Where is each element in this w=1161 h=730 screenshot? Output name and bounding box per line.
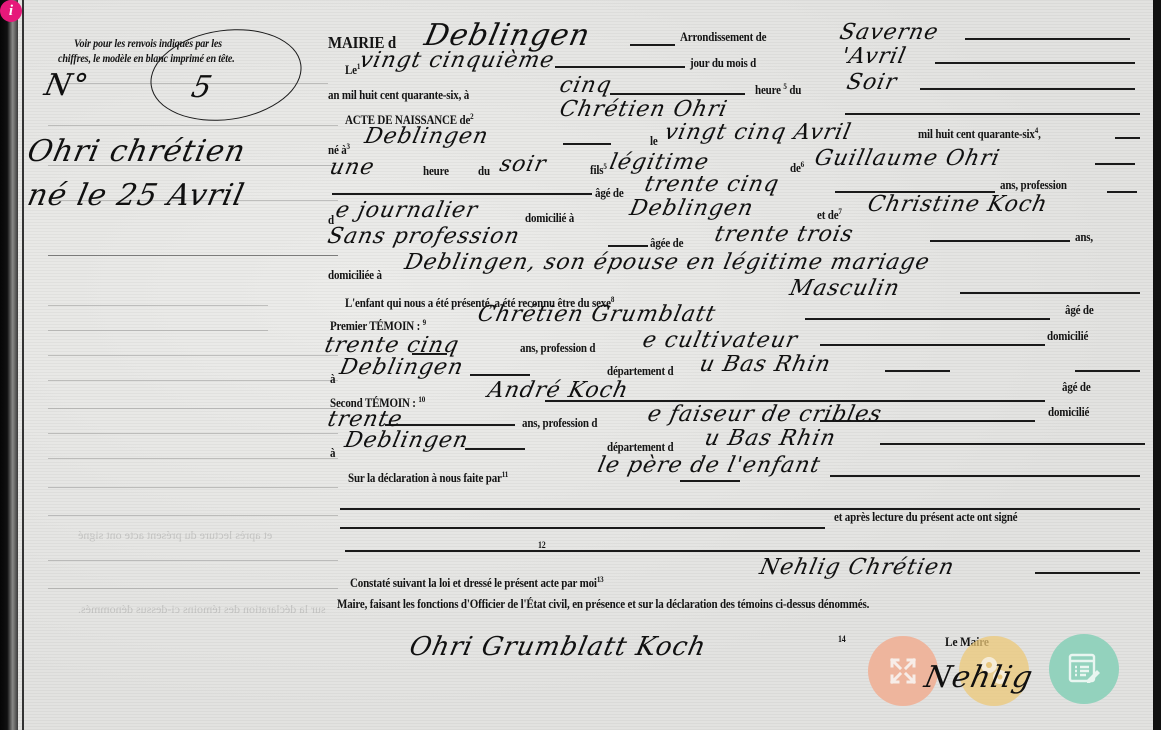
domiciliee-label: domiciliée à	[328, 268, 382, 283]
mother-domicile: Deblingen, son épouse en légitime mariag…	[402, 250, 932, 275]
ans-label: ans,	[1075, 230, 1093, 245]
de-label: de6	[790, 160, 804, 176]
list-edit-icon	[1065, 650, 1103, 688]
maire-name: Nehlig Chrétien	[757, 555, 957, 580]
day-value: vingt cinquième	[357, 48, 557, 73]
footnote-12: 12	[538, 540, 546, 550]
declarant: le père de l'enfant	[595, 453, 823, 478]
arrondissement-label: Arrondissement de	[680, 30, 766, 45]
margin-birth-annotation: né le 25 Avril	[24, 178, 248, 213]
ruled-line	[48, 380, 338, 381]
heure-label: heure 5 du	[755, 82, 801, 98]
mother-profession: Sans profession	[325, 224, 522, 249]
birth-hour: une	[327, 155, 377, 180]
ruled-line	[48, 458, 338, 459]
ruled-line	[48, 433, 338, 434]
temoin1-label: Premier TÉMOIN : 9	[330, 318, 426, 334]
fill-line	[608, 245, 648, 247]
temoin1-ans-label: ans, profession d	[520, 341, 595, 356]
ruled-line	[48, 330, 268, 331]
fill-line	[680, 480, 740, 482]
fill-line	[805, 318, 1050, 320]
jour-label: jour du mois d	[690, 56, 756, 71]
father-name: Guillaume Ohri	[812, 146, 1002, 171]
ruled-line	[48, 125, 338, 126]
father-domicile: Deblingen	[627, 196, 756, 221]
fill-line	[340, 527, 825, 529]
fill-line	[332, 193, 592, 195]
temoin1-dept: u Bas Rhin	[697, 352, 833, 377]
ruled-line	[48, 515, 338, 516]
maire-functions-line: Maire, faisant les fonctions d'Officier …	[337, 597, 869, 612]
witness-signatures: Ohri Grumblatt Koch	[407, 632, 709, 662]
margin-border	[22, 0, 24, 730]
fill-line	[340, 508, 1140, 510]
fill-line	[1035, 572, 1140, 574]
fill-line	[563, 143, 611, 145]
margin-note-line1: Voir pour les renvois indiqués par les	[74, 38, 222, 50]
domicilie-label: domicilié à	[525, 211, 574, 226]
temoin1-dept-label: département d	[607, 364, 673, 379]
father-age: trente cinq	[642, 172, 781, 197]
lecture-label: et après lecture du présent acte ont sig…	[834, 510, 1017, 525]
ruled-line	[48, 588, 338, 589]
fill-line	[1115, 137, 1140, 139]
year2-label: mil huit cent quarante-six4,	[918, 126, 1041, 142]
et-de-label: et de7	[817, 207, 842, 223]
fill-line	[385, 424, 515, 426]
temoin1-domicile: Deblingen	[337, 355, 466, 380]
fill-line	[830, 475, 1140, 477]
heure2-label: heure	[423, 164, 449, 179]
info-button[interactable]: i	[0, 0, 22, 22]
margin-number-prefix: N°	[41, 68, 92, 103]
father-profession: e journalier	[333, 198, 480, 223]
ruled-line	[48, 487, 338, 488]
fill-line	[920, 88, 1135, 90]
fill-line	[965, 38, 1130, 40]
fill-line	[885, 370, 950, 372]
temoin2-dept: u Bas Rhin	[702, 426, 838, 451]
margin-name-annotation: Ohri chrétien	[24, 134, 249, 169]
temoin2-ans-label: ans, profession d	[522, 416, 597, 431]
footnote-14: 14	[838, 634, 846, 644]
temoin2-name: André Koch	[485, 378, 631, 403]
ans-profession-label: ans, profession	[1000, 178, 1067, 193]
temoin1-age-label: âgé de	[1065, 303, 1094, 318]
info-icon: i	[9, 3, 13, 20]
margin-note-line2: chiffres, le modèle en blanc imprimé en …	[58, 53, 235, 65]
temoin2-domicile: Deblingen	[342, 428, 471, 453]
fill-line	[960, 292, 1140, 294]
ruled-line	[48, 355, 338, 356]
fill-line	[880, 443, 1145, 445]
fill-line	[1095, 163, 1135, 165]
temoin2-profession: e faiseur de cribles	[645, 402, 884, 427]
mother-age: trente trois	[712, 222, 856, 247]
mother-name: Christine Koch	[865, 192, 1050, 217]
bleed-through-text: et après lecture du présent acte ont sig…	[78, 528, 272, 543]
le2-label: le	[650, 134, 658, 149]
ruled-line	[48, 255, 338, 256]
year-label: an mil huit cent quarante-six, à	[328, 88, 469, 103]
constate-label: Constaté suivant la loi et dressé le pré…	[350, 575, 604, 591]
ruled-line	[48, 305, 268, 306]
birth-place: Deblingen	[362, 124, 491, 149]
declaration-label: Sur la déclaration à nous faite par11	[348, 470, 508, 486]
agee-label: âgée de	[650, 236, 683, 251]
fils-label: fils5	[590, 162, 607, 178]
fill-line	[820, 344, 1045, 346]
sexe-value: Masculin	[787, 276, 902, 301]
fill-line	[610, 93, 745, 95]
notes-button[interactable]	[1049, 634, 1119, 704]
fill-line	[345, 550, 1140, 552]
fill-line	[1075, 370, 1140, 372]
birth-date: vingt cinq Avril	[662, 120, 853, 145]
temoin2-a-label: à	[330, 446, 335, 461]
bleed-through-text: sur la déclaration des témoins ci-dessus…	[78, 602, 326, 617]
scan-right-edge	[1153, 0, 1161, 730]
maire-signature: Nehlig	[921, 660, 1036, 695]
temoin2-age-label: âgé de	[1062, 380, 1091, 395]
birth-period: soir	[497, 152, 548, 177]
ruled-line	[48, 560, 338, 561]
temoin1-a-label: à	[330, 372, 335, 387]
fill-line	[555, 66, 685, 68]
month-value: 'Avril	[839, 44, 908, 69]
expand-arrows-icon	[887, 655, 919, 687]
temoin1-domicile-label: domicilié	[1047, 329, 1088, 344]
period-value: Soir	[844, 70, 899, 95]
arrondissement-value: Saverne	[837, 20, 941, 45]
fill-line	[470, 374, 530, 376]
fill-line	[630, 44, 675, 46]
temoin1-profession: e cultivateur	[640, 328, 800, 353]
temoin2-domicile-label: domicilié	[1048, 405, 1089, 420]
fill-line	[930, 240, 1070, 242]
hour-value: cinq	[557, 73, 614, 98]
child-name: Chrétien Ohri	[557, 97, 730, 122]
scan-left-edge	[0, 0, 18, 730]
ruled-line	[48, 408, 338, 409]
fill-line	[1107, 191, 1137, 193]
du2-label: du	[478, 164, 490, 179]
age-label: âgé de	[595, 186, 624, 201]
fill-line	[465, 448, 525, 450]
fill-line	[845, 113, 1140, 115]
temoin1-name: Chrétien Grumblatt	[475, 302, 718, 327]
fill-line	[935, 62, 1135, 64]
